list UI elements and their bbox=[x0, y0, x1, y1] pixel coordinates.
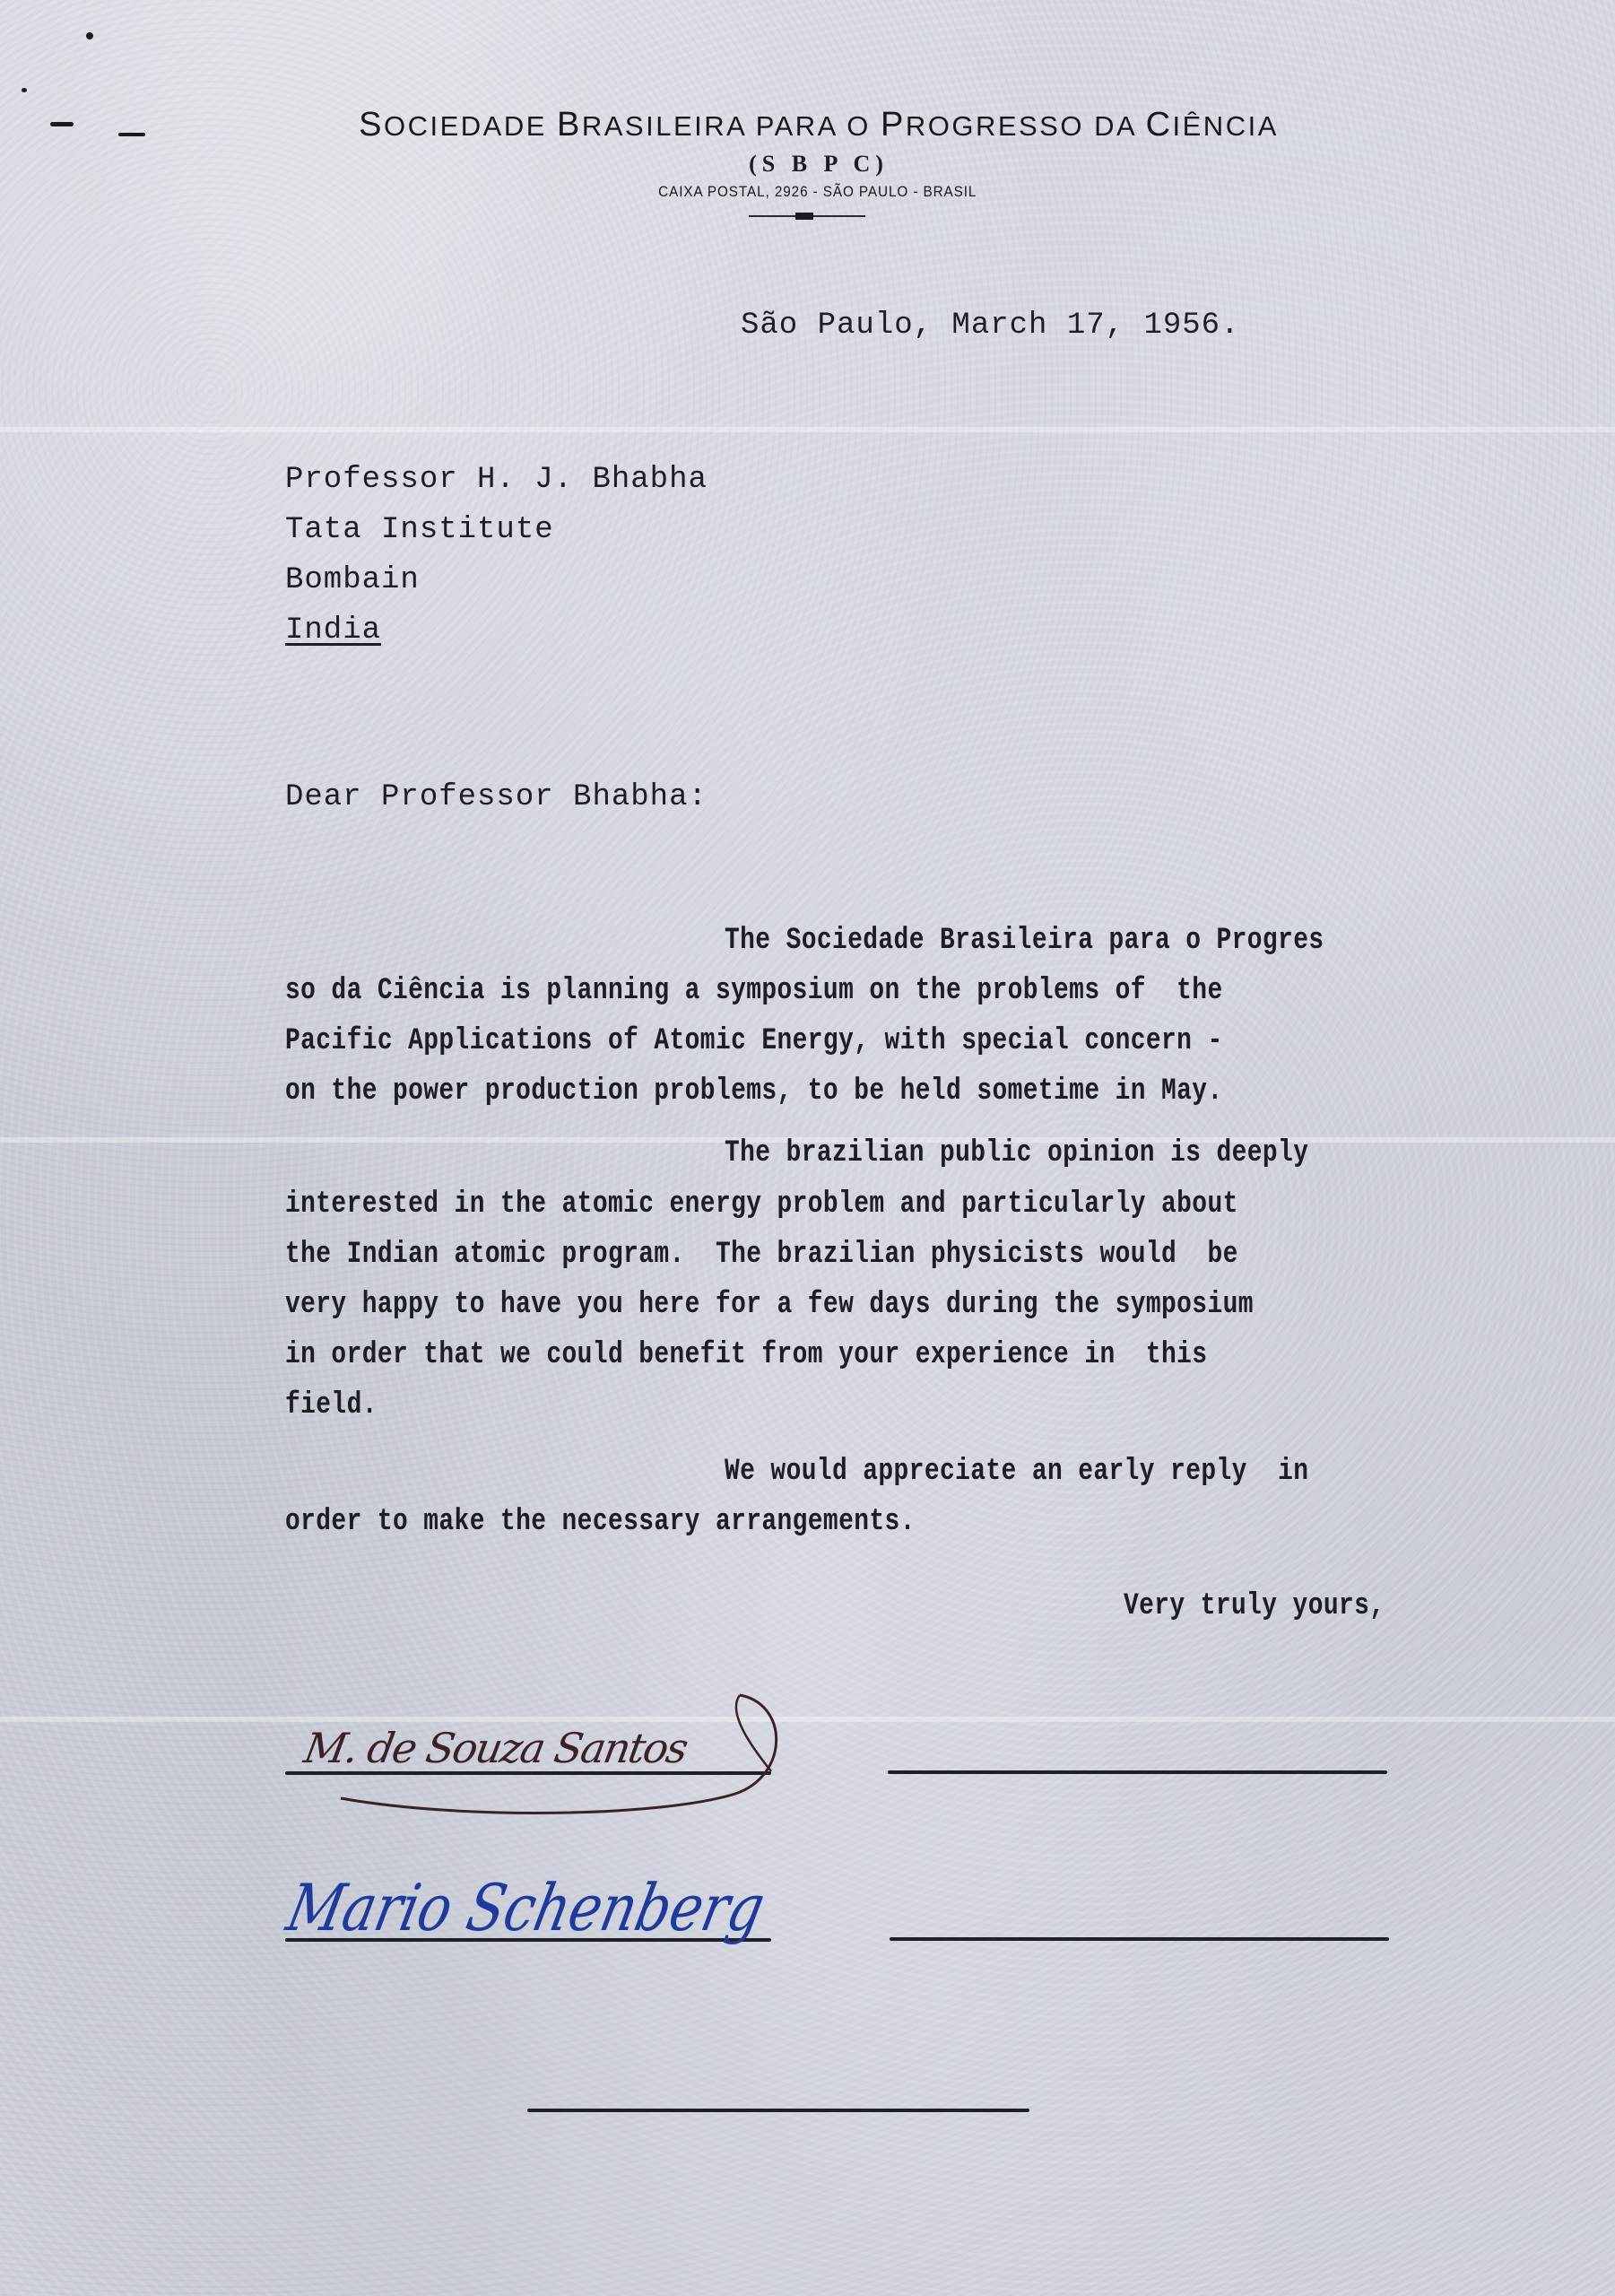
letterhead-abbreviation: (S B P C) bbox=[0, 151, 1615, 178]
body-paragraph-1-line: on the power production problems, to be … bbox=[285, 1074, 1223, 1109]
body-paragraph-2-line: the Indian atomic program. The brazilian… bbox=[285, 1238, 1238, 1272]
signature-line bbox=[890, 1937, 1389, 1941]
letterhead-word: RASILEIRA PARA O bbox=[582, 110, 881, 142]
body-paragraph-2-line: very happy to have you here for a few da… bbox=[285, 1288, 1254, 1322]
letterhead-capital: C bbox=[1146, 106, 1173, 143]
body-paragraph-2-line: The brazilian public opinion is deeply bbox=[725, 1136, 1308, 1170]
letterhead-capital: P bbox=[881, 106, 906, 143]
body-paragraph-2-line: in order that we could benefit from your… bbox=[285, 1338, 1207, 1372]
closing: Very truly yours, bbox=[1124, 1589, 1385, 1623]
recipient-institution: Tata Institute bbox=[285, 513, 554, 547]
body-paragraph-1-line: Pacific Applications of Atomic Energy, w… bbox=[285, 1024, 1223, 1058]
body-paragraph-2-line: interested in the atomic energy problem … bbox=[285, 1187, 1238, 1222]
letterhead-ornament bbox=[749, 215, 865, 217]
letterhead-organization: SOCIEDADE BRASILEIRA PARA O PROGRESSO DA… bbox=[0, 106, 1615, 144]
signature-line bbox=[527, 2109, 1029, 2112]
letterhead-postal-address: CAIXA POSTAL, 2926 - SÃO PAULO - BRASIL bbox=[81, 183, 1534, 201]
paper-fold bbox=[0, 427, 1615, 432]
date-line: São Paulo, March 17, 1956. bbox=[741, 309, 1240, 343]
recipient-city: Bombain bbox=[285, 563, 420, 597]
salutation: Dear Professor Bhabha: bbox=[285, 780, 708, 814]
signature-line bbox=[888, 1770, 1387, 1774]
signature-mario-schenberg: Mario Schenberg bbox=[281, 1871, 771, 1946]
paper-speck bbox=[86, 32, 93, 39]
letterhead-word: OCIEDADE bbox=[384, 110, 557, 142]
body-paragraph-2-line: field. bbox=[285, 1388, 378, 1422]
recipient-name: Professor H. J. Bhabha bbox=[285, 463, 708, 497]
letterhead-capital: S bbox=[359, 106, 384, 143]
body-paragraph-3-line: order to make the necessary arrangements… bbox=[285, 1505, 916, 1539]
letterhead-capital: B bbox=[557, 106, 582, 143]
letterhead-word: IÊNCIA bbox=[1173, 110, 1279, 142]
body-paragraph-1-line: so da Ciência is planning a symposium on… bbox=[285, 974, 1223, 1008]
body-paragraph-3-line: We would appreciate an early reply in bbox=[725, 1455, 1308, 1489]
paper-speck bbox=[22, 88, 27, 92]
body-paragraph-1-line: The Sociedade Brasileira para o Progres bbox=[725, 924, 1324, 958]
paper-fold bbox=[0, 1717, 1615, 1722]
signature-flourish bbox=[287, 1686, 789, 1821]
recipient-country: India bbox=[285, 613, 381, 648]
letterhead-word: ROGRESSO DA bbox=[906, 110, 1146, 142]
